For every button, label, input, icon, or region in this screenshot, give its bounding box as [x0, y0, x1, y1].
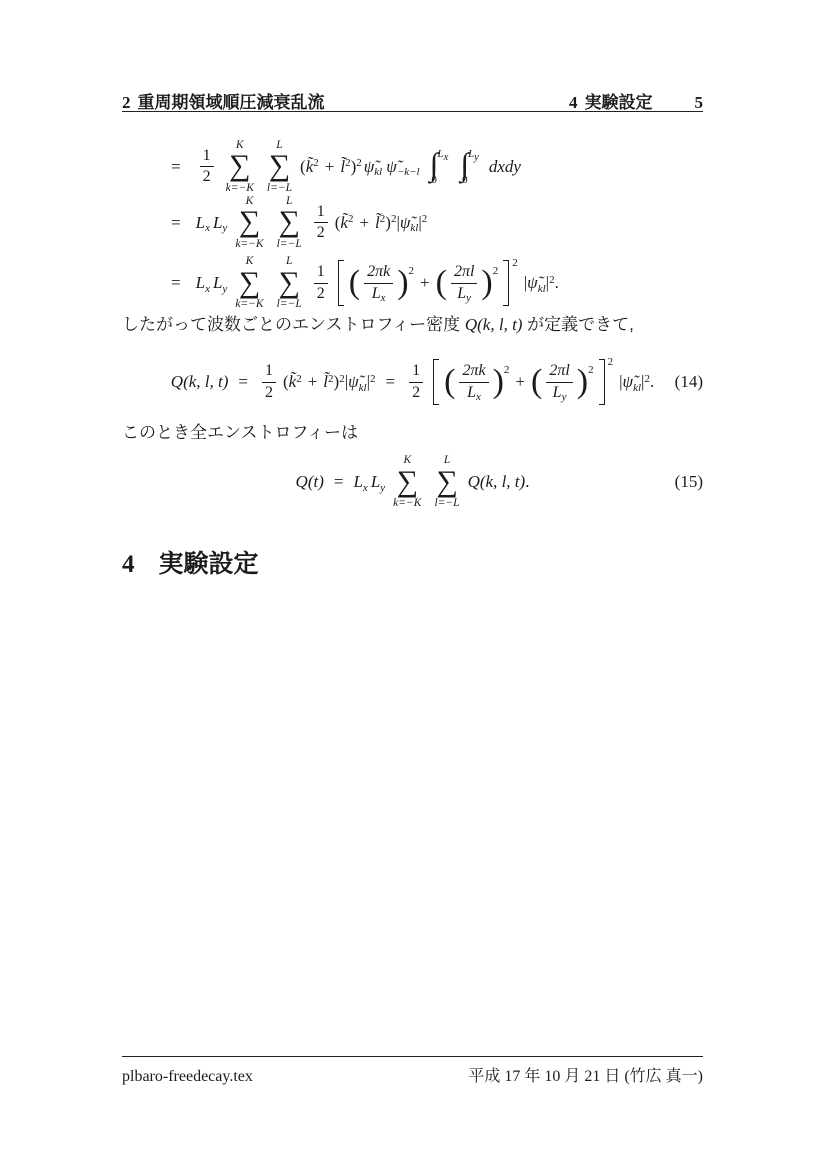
sigma-icon: ∑ [278, 208, 299, 237]
page-header: 2 重周期領域順圧減衰乱流 4 実験設定 5 [122, 88, 703, 113]
left-bracket [433, 359, 439, 405]
header-left-title-text: 重周期領域順圧減衰乱流 [138, 88, 325, 113]
sum-over-k: K∑k=−K [235, 254, 263, 311]
sum-over-l: L∑l=−L [267, 138, 292, 195]
bracketed-wavenumber-sum: ( 2πkLx )2 + ( 2πlLy )2 2 [433, 359, 613, 405]
footer-rule [122, 1056, 703, 1057]
document-page: 2 重周期領域順圧減衰乱流 4 実験設定 5 = 12 K∑k=−K L∑l=−… [0, 0, 826, 1169]
right-bracket [599, 359, 605, 405]
fraction-one-half: 12 [314, 263, 328, 303]
sum-over-l: L∑l=−L [277, 254, 302, 311]
fraction-one-half: 12 [262, 362, 276, 402]
sum-over-l: L∑l=−L [434, 453, 459, 510]
differential-dxdy: dxdy [489, 157, 521, 177]
equals-sign: = [386, 372, 396, 392]
fraction-one-half: 12 [314, 203, 328, 243]
sigma-icon: ∑ [436, 468, 457, 497]
psi-modulus-squared: |ψ̃kl|2. [619, 372, 654, 392]
paragraph-total-enstrophy: このとき全エンストロフィーは [122, 421, 722, 445]
psi-modulus-squared: |ψ̃kl|2. [524, 273, 559, 293]
inline-math-Qklt: Q(k, l, t) [465, 315, 523, 334]
wavenumber-squared-term: (k̃2+l̃2)2|ψ̃kl|2 [283, 372, 376, 392]
Q-of-t: Q(t) [296, 472, 324, 492]
sigma-icon: ∑ [397, 468, 418, 497]
fraction-2pik-Lx: 2πkLx [459, 362, 488, 402]
sum-over-l: L∑l=−L [277, 194, 302, 251]
header-right-title-text: 実験設定 [585, 88, 653, 113]
paragraph-enstrophy-density: したがって波数ごとのエンストロフィー密度 Q(k, l, t) が定義できて, [122, 313, 722, 337]
sum-over-k: K∑k=−K [226, 138, 254, 195]
equation-14: Q(k, l, t) = 12 (k̃2+l̃2)2|ψ̃kl|2 = 12 (… [122, 350, 703, 414]
Q-of-klt: Q(k, l, t) [171, 372, 229, 392]
domain-area-LxLy: LxLy [353, 472, 385, 492]
fraction-2pik-Lx: 2πkLx [364, 263, 393, 303]
footer-date-author: 平成 17 年 10 月 21 日 (竹広 真一) [468, 1063, 703, 1086]
fraction-2pil-Ly: 2πlLy [546, 362, 572, 402]
fraction-2pil-Ly: 2πlLy [451, 263, 477, 303]
sigma-icon: ∑ [239, 269, 260, 298]
right-bracket [503, 260, 509, 306]
sigma-icon: ∑ [269, 152, 290, 181]
header-right-section-number: 4 [569, 93, 578, 113]
equation-block: = 12 K∑k=−K L∑l=−L (k̃2+l̃2)2ψ̃klψ̃−k−l … [171, 138, 559, 316]
sigma-icon: ∑ [239, 208, 260, 237]
equals-sign: = [238, 372, 248, 392]
header-left-title: 2 重周期領域順圧減衰乱流 [122, 88, 325, 113]
fraction-one-half: 12 [409, 362, 423, 402]
integral-y: ∫Ly0 [460, 148, 478, 186]
sigma-icon: ∑ [278, 269, 299, 298]
equals-sign: = [334, 472, 344, 492]
page-number: 5 [695, 93, 704, 113]
equals-sign: = [171, 213, 181, 233]
sigma-icon: ∑ [229, 152, 250, 181]
equation-line-1: = 12 K∑k=−K L∑l=−L (k̃2+l̃2)2ψ̃klψ̃−k−l … [171, 138, 559, 195]
domain-area-LxLy: LxLy [196, 213, 228, 233]
equation-line-2: = LxLy K∑k=−K L∑l=−L 12 (k̃2+l̃2)2|ψ̃kl|… [171, 195, 559, 250]
sum-over-k: K∑k=−K [393, 453, 421, 510]
equation-15: Q(t) = LxLy K∑k=−K L∑l=−L Q(k, l, t). (1… [122, 450, 703, 514]
domain-area-LxLy: LxLy [196, 273, 228, 293]
equation-number-14: (14) [675, 372, 703, 392]
integral-x: ∫Lx0 [430, 148, 449, 186]
section-heading: 4 実験設定 [122, 544, 259, 580]
header-right-group: 4 実験設定 5 [569, 88, 703, 113]
equation-number-15: (15) [675, 472, 703, 492]
header-left-section-number: 2 [122, 93, 131, 113]
equals-sign: = [171, 157, 181, 177]
left-bracket [338, 260, 344, 306]
footer-filename: plbaro-freedecay.tex [122, 1068, 253, 1086]
header-rule [122, 111, 703, 112]
equals-sign: = [171, 273, 181, 293]
wavenumber-squared-term: (k̃2+l̃2)2ψ̃klψ̃−k−l [300, 157, 420, 177]
equation-line-3: = LxLy K∑k=−K L∑l=−L 12 ( 2πkLx )2 + ( 2… [171, 250, 559, 316]
bracketed-wavenumber-sum: ( 2πkLx )2 + ( 2πlLy )2 2 [338, 260, 518, 306]
Q-of-klt: Q(k, l, t). [468, 472, 530, 492]
sum-over-k: K∑k=−K [235, 194, 263, 251]
wavenumber-squared-term: (k̃2+l̃2)2|ψ̃kl|2 [335, 213, 428, 233]
section-title: 実験設定 [159, 544, 259, 580]
fraction-one-half: 12 [200, 147, 214, 187]
section-number: 4 [122, 551, 135, 579]
page-footer: plbaro-freedecay.tex 平成 17 年 10 月 21 日 (… [122, 1063, 703, 1086]
